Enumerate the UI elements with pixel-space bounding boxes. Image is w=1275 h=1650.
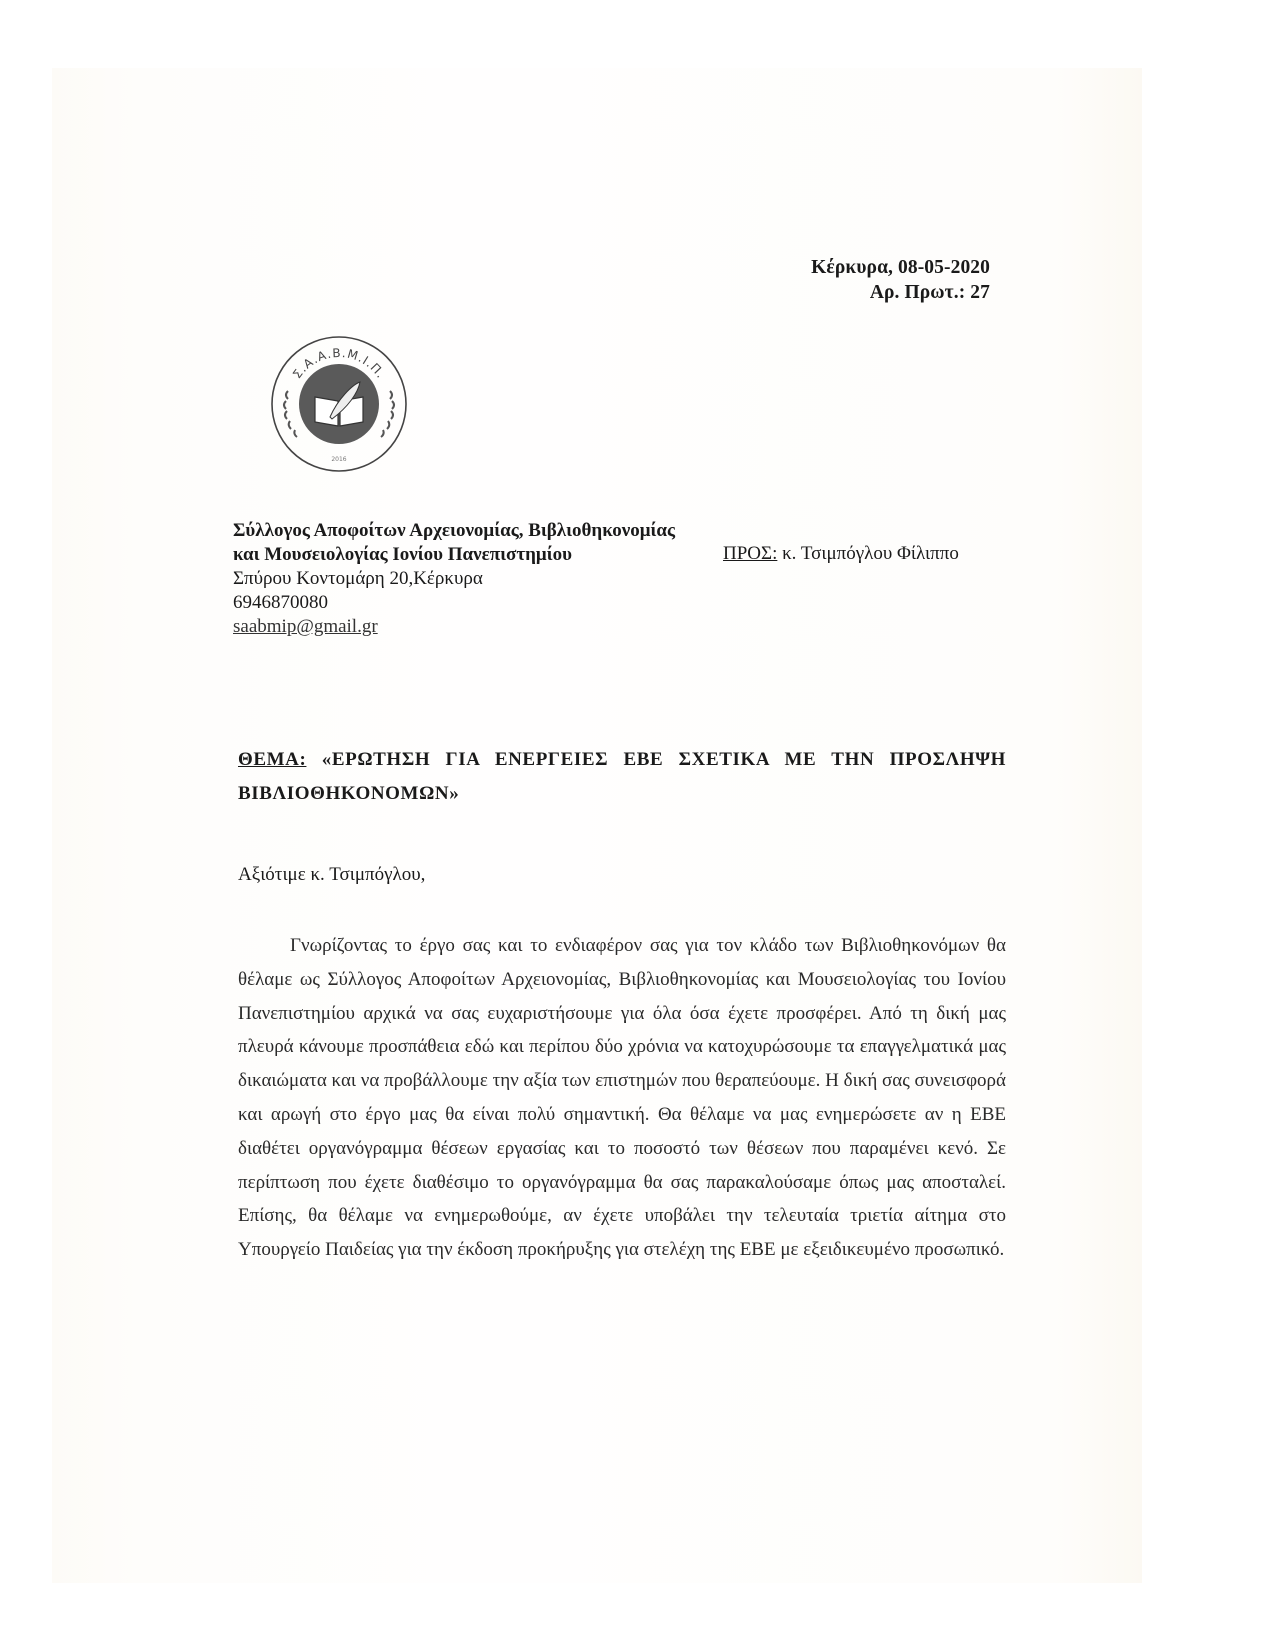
greeting: Αξιότιμε κ. Τσιμπόγλου, [238,864,425,886]
sender-name-line1: Σύλλογος Αποφοίτων Αρχειονομίας, Βιβλιοθ… [233,519,675,543]
protocol-number: Αρ. Πρωτ.: 27 [590,282,990,304]
body-paragraph: Γνωρίζοντας το έργο σας και το ενδιαφέρο… [238,935,1006,1260]
sender-name-line2: και Μουσειολογίας Ιονίου Πανεπιστημίου [233,543,675,567]
association-logo: Σ.Α.Α.Β.Μ.Ι.Π. 2016 [268,333,410,475]
sender-email-link[interactable]: saabmip@gmail.gr [233,615,675,639]
svg-text:2016: 2016 [331,456,346,463]
recipient-name: κ. Τσιμπόγλου Φίλιππο [777,543,958,564]
subject-line: ΘΕΜΑ: «ΕΡΩΤΗΣΗ ΓΙΑ ΕΝΕΡΓΕΙΕΣ ΕΒΕ ΣΧΕΤΙΚΑ… [238,743,1006,811]
place-date: Κέρκυρα, 08-05-2020 [590,257,990,279]
sender-address: Σπύρου Κοντομάρη 20,Κέρκυρα [233,567,675,591]
recipient-line: ΠΡΟΣ: κ. Τσιμπόγλου Φίλιππο [723,543,959,565]
subject-label: ΘΕΜΑ: [238,749,306,770]
sender-block: Σύλλογος Αποφοίτων Αρχειονομίας, Βιβλιοθ… [233,519,675,639]
book-and-quill-emblem-icon: Σ.Α.Α.Β.Μ.Ι.Π. 2016 [268,333,410,475]
recipient-label: ΠΡΟΣ: [723,543,777,564]
letter-body: Γνωρίζοντας το έργο σας και το ενδιαφέρο… [238,929,1006,1267]
subject-text: «ΕΡΩΤΗΣΗ ΓΙΑ ΕΝΕΡΓΕΙΕΣ ΕΒΕ ΣΧΕΤΙΚΑ ΜΕ ΤΗ… [238,749,1006,804]
sender-phone: 6946870080 [233,591,675,615]
